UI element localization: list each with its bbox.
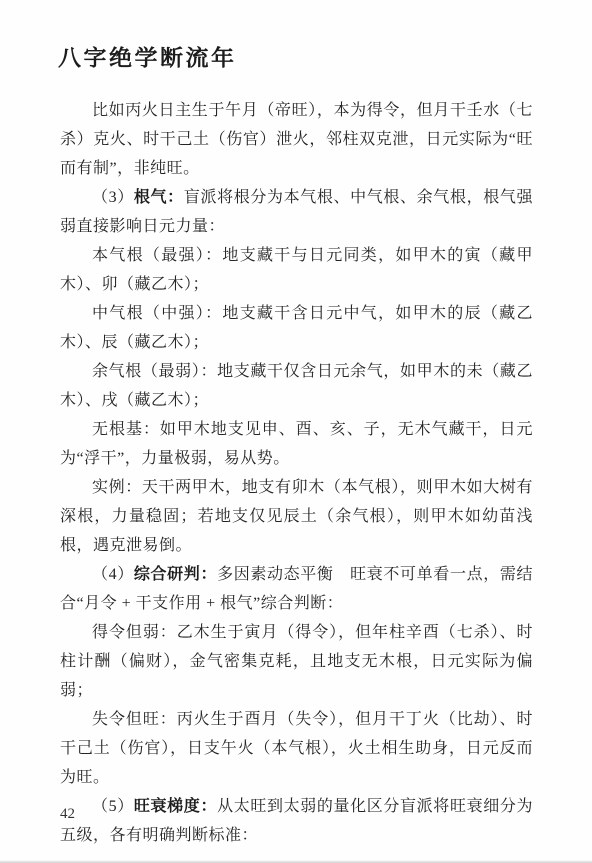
paragraph: （5）旺衰梯度：从太旺到太弱的量化区分盲派将旺衰细分为五级，各有明确判断标准： [60,792,533,850]
paragraph-lead: 综合研判： [134,566,217,583]
paragraph: 比如丙火日主生于午月（帝旺），本为得令，但月干壬水（七杀）克火、时干己土（伤官）… [60,96,533,183]
paragraph: 实例：天干两甲木，地支有卯木（本气根），则甲木如大树有深根，力量稳固；若地支仅见… [60,473,533,560]
paragraph: （4）综合研判：多因素动态平衡 旺衰不可单看一点，需结合“月令 + 干支作用 +… [60,560,533,618]
page-title: 八字绝学断流年 [58,41,237,73]
paragraph: 余气根（最弱）：地支藏干仅含日元余气，如甲木的未（藏乙木）、戌（藏乙木）； [60,357,533,415]
paragraph: （3）根气：盲派将根分为本气根、中气根、余气根，根气强弱直接影响日元力量： [60,183,533,241]
book-page: 八字绝学断流年 比如丙火日主生于午月（帝旺），本为得令，但月干壬水（七杀）克火、… [0,0,592,863]
page-number: 42 [60,806,75,823]
body-text: 比如丙火日主生于午月（帝旺），本为得令，但月干壬水（七杀）克火、时干己土（伤官）… [60,96,533,850]
paragraph: 失令但旺：丙火生于酉月（失令），但月干丁火（比劫）、时干己土（伤官），日支午火（… [60,705,533,792]
paragraph: 无根基：如甲木地支见申、酉、亥、子，无木气藏干，日元为“浮干”，力量极弱，易从势… [60,415,533,473]
paragraph-lead: 根气： [134,189,184,206]
paragraph: 得令但弱：乙木生于寅月（得令），但年柱辛酉（七杀）、时柱计酬（偏财），金气密集克… [60,618,533,705]
paragraph: 中气根（中强）：地支藏干含日元中气，如甲木的辰（藏乙木）、辰（藏乙木）； [60,299,533,357]
paragraph: 本气根（最强）：地支藏干与日元同类，如甲木的寅（藏甲木）、卯（藏乙木）； [60,241,533,299]
paragraph-lead: 旺衰梯度： [134,798,217,815]
